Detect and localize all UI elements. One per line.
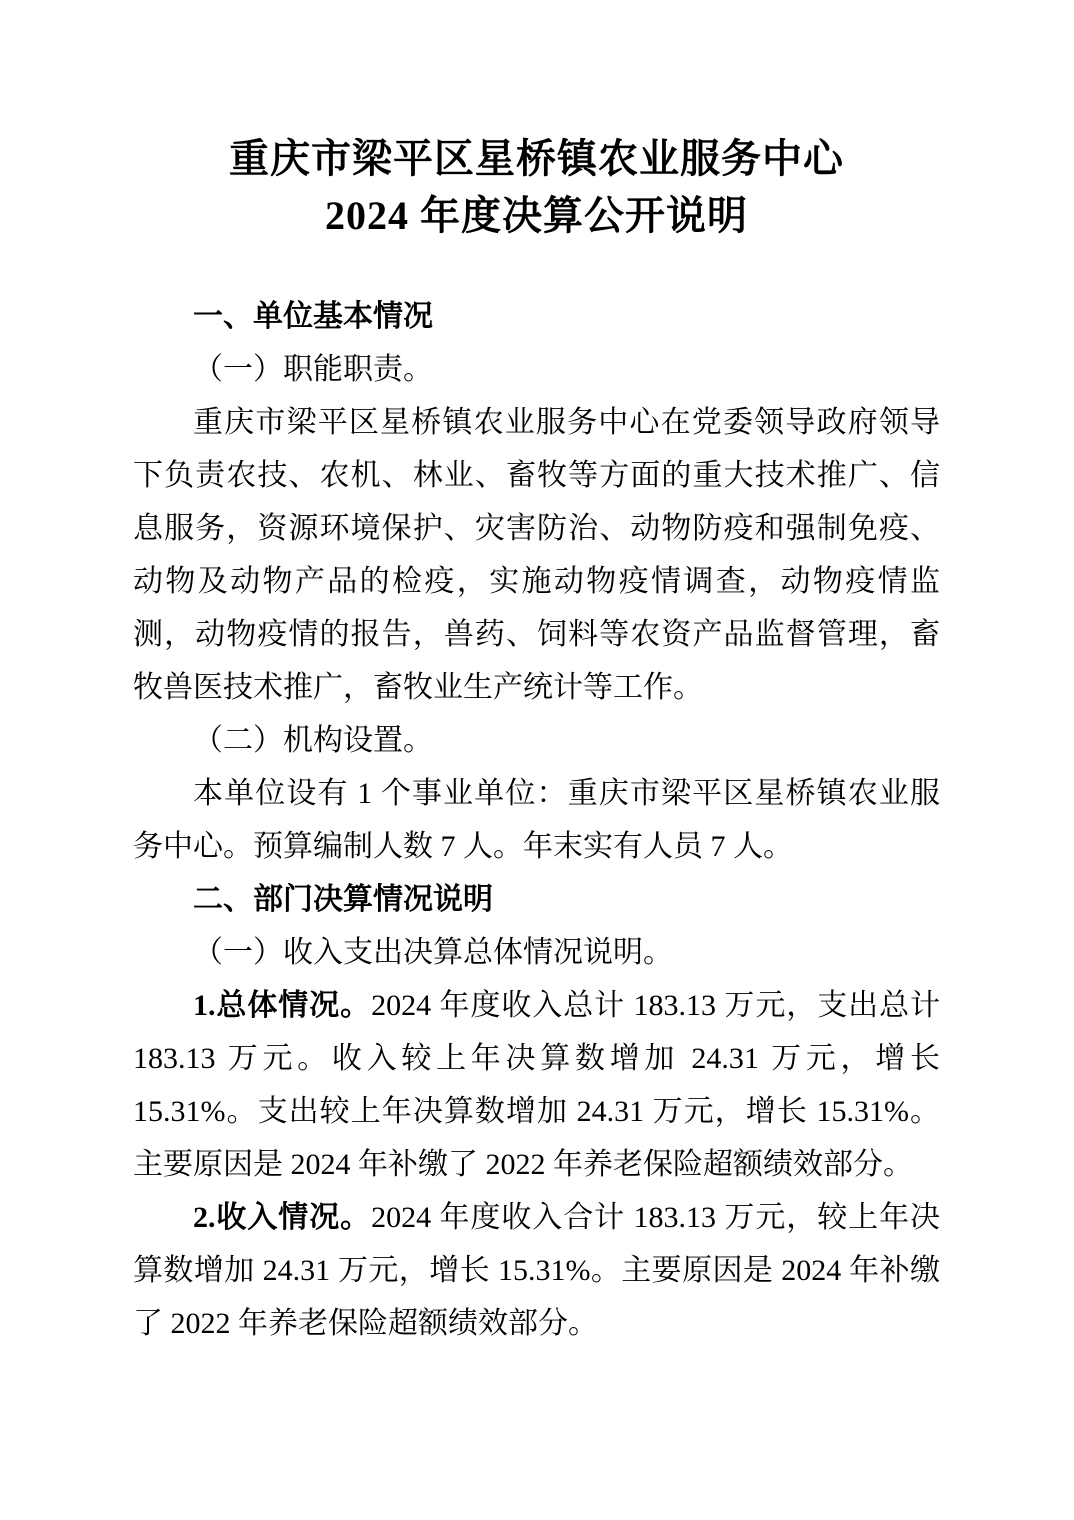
document-page: 重庆市梁平区星桥镇农业服务中心 2024 年度决算公开说明 一、单位基本情况（一… [0, 0, 1074, 1520]
body-paragraph: 重庆市梁平区星桥镇农业服务中心在党委领导政府领导下负责农技、农机、林业、畜牧等方… [133, 396, 940, 714]
body-paragraph: 1.总体情况。2024 年度收入总计 183.13 万元，支出总计 183.13… [133, 979, 940, 1191]
sub-heading: （二）机构设置。 [133, 714, 940, 767]
heading-text: 二、部门决算情况说明 [193, 883, 493, 916]
body-paragraph: 2.收入情况。2024 年度收入合计 183.13 万元，较上年决算数增加 24… [133, 1191, 940, 1350]
document-body: 一、单位基本情况（一）职能职责。重庆市梁平区星桥镇农业服务中心在党委领导政府领导… [133, 290, 940, 1350]
heading-text: （一）收入支出决算总体情况说明。 [193, 936, 673, 969]
paragraph-lead: 1.总体情况。 [193, 989, 371, 1022]
heading-text: （二）机构设置。 [193, 724, 433, 757]
section-heading: 二、部门决算情况说明 [133, 873, 940, 926]
heading-text: （一）职能职责。 [193, 353, 433, 386]
sub-heading: （一）收入支出决算总体情况说明。 [133, 926, 940, 979]
section-heading: 一、单位基本情况 [133, 290, 940, 343]
body-paragraph: 本单位设有 1 个事业单位：重庆市梁平区星桥镇农业服务中心。预算编制人数 7 人… [133, 767, 940, 873]
paragraph-lead: 2.收入情况。 [193, 1201, 371, 1234]
heading-text: 一、单位基本情况 [193, 300, 433, 333]
paragraph-text: 重庆市梁平区星桥镇农业服务中心在党委领导政府领导下负责农技、农机、林业、畜牧等方… [133, 406, 940, 704]
paragraph-text: 本单位设有 1 个事业单位：重庆市梁平区星桥镇农业服务中心。预算编制人数 7 人… [133, 777, 940, 863]
document-title: 重庆市梁平区星桥镇农业服务中心 2024 年度决算公开说明 [133, 130, 940, 244]
sub-heading: （一）职能职责。 [133, 343, 940, 396]
document-title-line-1: 重庆市梁平区星桥镇农业服务中心 [133, 130, 940, 187]
document-title-line-2: 2024 年度决算公开说明 [133, 187, 940, 244]
